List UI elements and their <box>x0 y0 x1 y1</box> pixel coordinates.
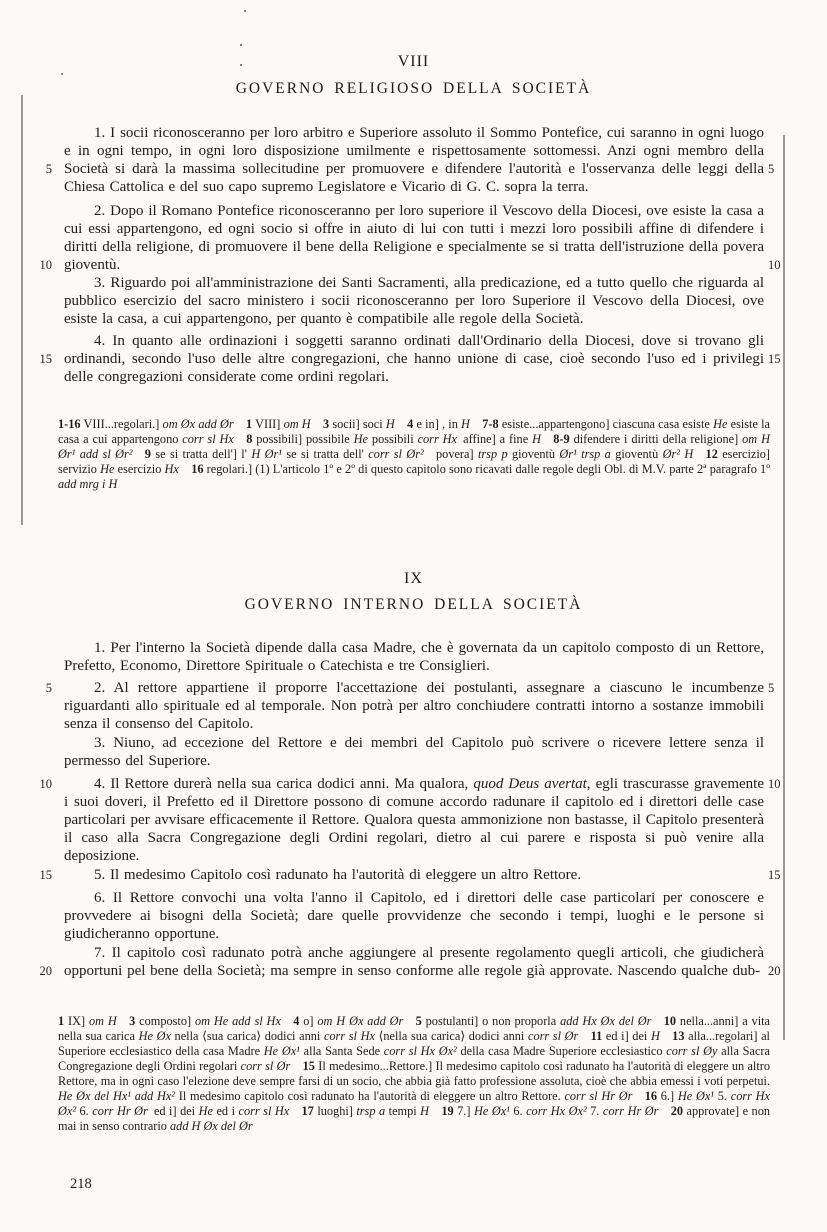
line-number-left: 5 <box>26 679 52 697</box>
body-paragraph: 1. I socii riconosceranno per loro arbit… <box>64 124 764 196</box>
body-paragraph: 7. Il capitolo così radunato potrà anche… <box>64 944 764 980</box>
line-number-right: 20 <box>768 962 794 980</box>
line-number-left: 10 <box>26 775 52 793</box>
body-paragraph: 4. In quanto alle ordinazioni i soggetti… <box>64 332 764 386</box>
line-number-left: 15 <box>26 866 52 884</box>
chapter-title-viii: GOVERNO RELIGIOSO DELLA SOCIETÀ <box>0 80 827 98</box>
page-number: 218 <box>70 1176 92 1193</box>
body-paragraph: 3. Niuno, ad eccezione del Rettore e dei… <box>64 734 764 770</box>
line-number-left: 20 <box>26 962 52 980</box>
body-paragraph: 5. Il medesimo Capitolo così radunato ha… <box>64 866 764 884</box>
body-paragraph: 3. Riguardo poi all'amministrazione dei … <box>64 274 764 328</box>
chapter-title-ix: GOVERNO INTERNO DELLA SOCIETÀ <box>0 596 827 614</box>
scan-speck <box>61 73 63 75</box>
scan-artifact-left-line <box>21 95 23 525</box>
line-number-right: 10 <box>768 775 794 793</box>
line-number-right: 5 <box>768 679 794 697</box>
body-paragraph: 1. Per l'interno la Società dipende dall… <box>64 639 764 675</box>
line-number-right: 10 <box>768 256 794 274</box>
line-number-left: 15 <box>26 350 52 368</box>
critical-apparatus-viii: 1-16 VIII...regolari.] om Øx add Ør 1 VI… <box>58 417 770 492</box>
chapter-number-ix: IX <box>0 570 827 588</box>
book-page: VIII GOVERNO RELIGIOSO DELLA SOCIETÀ 1. … <box>0 0 827 1232</box>
critical-apparatus-ix: 1 IX] om H 3 composto] om He add sl Hx 4… <box>58 1014 770 1134</box>
body-paragraph: 4. Il Rettore durerà nella sua carica do… <box>64 775 764 865</box>
chapter-number-viii: VIII <box>0 53 827 71</box>
line-number-right: 15 <box>768 350 794 368</box>
line-number-right: 5 <box>768 160 794 178</box>
line-number-left: 5 <box>26 160 52 178</box>
body-paragraph: 2. Dopo il Romano Pontefice riconosceran… <box>64 202 764 274</box>
scan-speck <box>244 10 246 12</box>
scan-speck <box>240 44 242 46</box>
body-paragraph: 6. Il Rettore convochi una volta l'anno … <box>64 889 764 943</box>
body-paragraph: 2. Al rettore appartiene il proporre l'a… <box>64 679 764 733</box>
line-number-left: 10 <box>26 256 52 274</box>
line-number-right: 15 <box>768 866 794 884</box>
